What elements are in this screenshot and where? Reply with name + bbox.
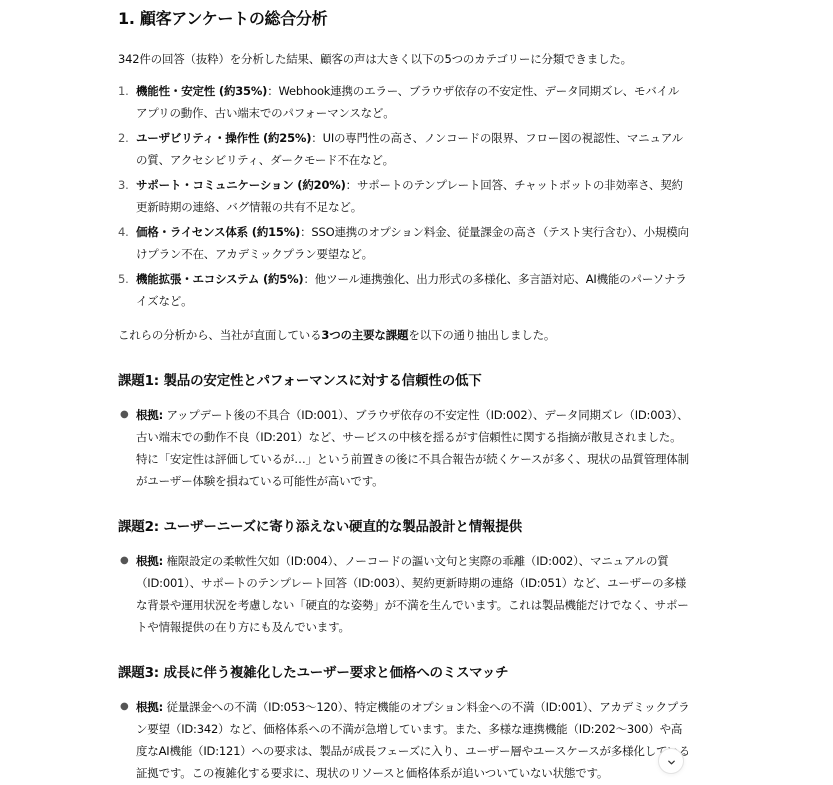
category-list: 1. 機能性・安定性 (約35%)：Webhook連携のエラー、ブラウザ依存の不… [118, 80, 690, 312]
evidence-label: 根拠: [136, 554, 163, 568]
summary-bold: 3つの主要な課題 [321, 328, 408, 342]
evidence-label: 根拠: [136, 700, 163, 714]
intro-paragraph: 342件の回答（抜粋）を分析した結果、顧客の声は大きく以下の5つのカテゴリーに分… [118, 48, 690, 70]
evidence-text: アップデート後の不具合（ID:001）、ブラウザ依存の不安定性（ID:002）、… [136, 408, 689, 488]
category-label: サポート・コミュニケーション (約20%) [136, 178, 346, 192]
evidence-label: 根拠: [136, 408, 163, 422]
list-number: 4. [118, 221, 129, 243]
category-label: 機能拡張・エコシステム (約5%) [136, 272, 304, 286]
issue-2-evidence-list: ● 根拠: 権限設定の柔軟性欠如（ID:004）、ノーコードの謳い文句と実際の乖… [118, 550, 690, 638]
chevron-down-icon [667, 752, 676, 771]
section-title: 1. 顧客アンケートの総合分析 [118, 6, 690, 32]
response-content: 1. 顧客アンケートの総合分析 342件の回答（抜粋）を分析した結果、顧客の声は… [118, 0, 690, 784]
issue-1-title: 課題1: 製品の安定性とパフォーマンスに対する信頼性の低下 [118, 370, 690, 392]
category-item: 5. 機能拡張・エコシステム (約5%)：他ツール連携強化、出力形式の多様化、多… [136, 268, 690, 312]
category-item: 1. 機能性・安定性 (約35%)：Webhook連携のエラー、ブラウザ依存の不… [136, 80, 690, 124]
list-number: 3. [118, 174, 129, 196]
issue-2-title: 課題2: ユーザーニーズに寄り添えない硬直的な製品設計と情報提供 [118, 516, 690, 538]
list-number: 5. [118, 268, 129, 290]
summary-prefix: これらの分析から、当社が直面している [118, 328, 321, 342]
evidence-item: ● 根拠: アップデート後の不具合（ID:001）、ブラウザ依存の不安定性（ID… [136, 404, 690, 492]
list-number: 1. [118, 80, 129, 102]
category-item: 3. サポート・コミュニケーション (約20%)：サポートのテンプレート回答、チ… [136, 174, 690, 218]
evidence-item: ● 根拠: 権限設定の柔軟性欠如（ID:004）、ノーコードの謳い文句と実際の乖… [136, 550, 690, 638]
scroll-to-bottom-button[interactable] [658, 748, 684, 774]
category-label: 機能性・安定性 (約35%) [136, 84, 267, 98]
evidence-text: 従量課金への不満（ID:053～120）、特定機能のオプション料金への不満（ID… [136, 700, 690, 780]
bullet-icon: ● [120, 550, 129, 572]
category-item: 2. ユーザビリティ・操作性 (約25%)：UIの専門性の高さ、ノンコードの限界… [136, 127, 690, 171]
issue-3-evidence-list: ● 根拠: 従量課金への不満（ID:053～120）、特定機能のオプション料金へ… [118, 696, 690, 784]
category-item: 4. 価格・ライセンス体系 (約15%)：SSO連携のオプション料金、従量課金の… [136, 221, 690, 265]
category-label: ユーザビリティ・操作性 (約25%) [136, 131, 311, 145]
bullet-icon: ● [120, 404, 129, 426]
evidence-text: 権限設定の柔軟性欠如（ID:004）、ノーコードの謳い文句と実際の乖離（ID:0… [136, 554, 689, 634]
bullet-icon: ● [120, 696, 129, 718]
summary-suffix: を以下の通り抽出しました。 [408, 328, 555, 342]
list-number: 2. [118, 127, 129, 149]
evidence-item: ● 根拠: 従量課金への不満（ID:053～120）、特定機能のオプション料金へ… [136, 696, 690, 784]
issue-3-title: 課題3: 成長に伴う複雑化したユーザー要求と価格へのミスマッチ [118, 662, 690, 684]
issue-1-evidence-list: ● 根拠: アップデート後の不具合（ID:001）、ブラウザ依存の不安定性（ID… [118, 404, 690, 492]
summary-paragraph: これらの分析から、当社が直面している3つの主要な課題を以下の通り抽出しました。 [118, 324, 690, 346]
category-label: 価格・ライセンス体系 (約15%) [136, 225, 300, 239]
